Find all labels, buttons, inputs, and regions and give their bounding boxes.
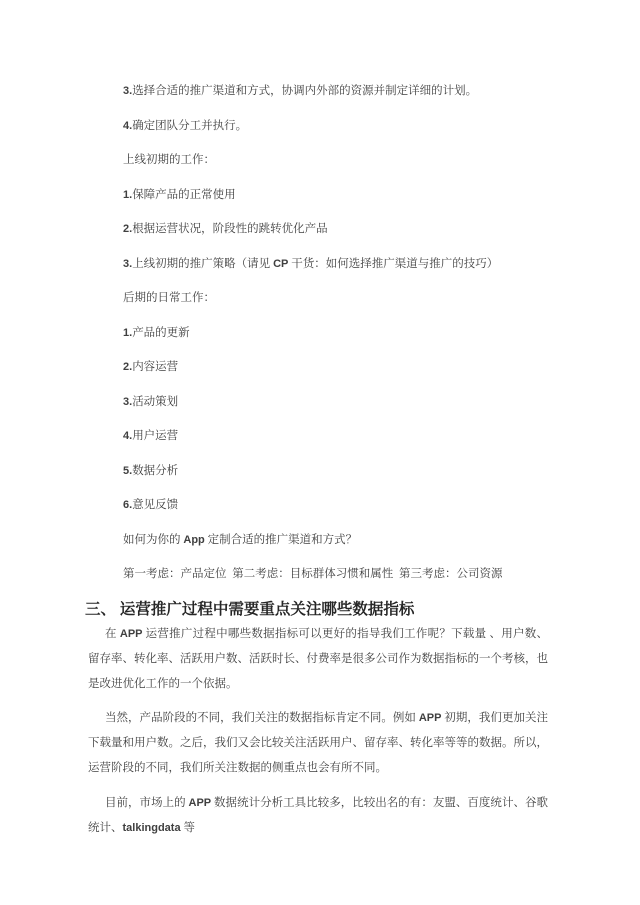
latin-text: 2.	[123, 361, 132, 373]
latin-text: talkingdata	[123, 822, 181, 834]
latin-text: 3.	[123, 396, 132, 408]
latin-text: 1.	[123, 327, 132, 339]
latin-text: 3.	[123, 258, 132, 270]
list-item: 6.意见反馈	[123, 493, 548, 518]
list-item: 后期的日常工作：	[123, 286, 548, 311]
latin-text: APP	[419, 712, 442, 724]
latin-text: APP	[120, 628, 143, 640]
body-paragraph: 当然，产品阶段的不同，我们关注的数据指标肯定不同。例如 APP 初期，我们更加关…	[88, 706, 548, 781]
latin-text: APP	[189, 797, 212, 809]
list-item: 2.内容运营	[123, 355, 548, 380]
latin-text: 1.	[123, 189, 132, 201]
latin-text: 4.	[123, 430, 132, 442]
list-item: 4.用户运营	[123, 424, 548, 449]
list-item: 上线初期的工作：	[123, 148, 548, 173]
latin-text: 2.	[123, 223, 132, 235]
latin-text: App	[183, 534, 204, 546]
section-heading: 三、 运营推广过程中需要重点关注哪些数据指标	[85, 597, 548, 622]
list-item: 2.根据运营状况，阶段性的跳转优化产品	[123, 217, 548, 242]
latin-text: 6.	[123, 499, 132, 511]
latin-text: 3.	[123, 85, 132, 97]
list-item: 3.上线初期的推广策略（请见 CP 干货：如何选择推广渠道与推广的技巧）	[123, 252, 548, 277]
list-item: 4.确定团队分工并执行。	[123, 114, 548, 139]
body-paragraph: 在 APP 运营推广过程中哪些数据指标可以更好的指导我们工作呢？下载量 、用户数…	[88, 622, 548, 697]
list-item: 如何为你的 App 定制合适的推广渠道和方式？	[123, 528, 548, 553]
document-page: 3.选择合适的推广渠道和方式，协调内外部的资源并制定详细的计划。 4.确定团队分…	[0, 0, 640, 905]
list-item: 5.数据分析	[123, 459, 548, 484]
list-item: 3.活动策划	[123, 390, 548, 415]
list-item: 3.选择合适的推广渠道和方式，协调内外部的资源并制定详细的计划。	[123, 79, 548, 104]
latin-text: CP	[273, 258, 288, 270]
latin-text: 4.	[123, 120, 132, 132]
list-item: 1.产品的更新	[123, 321, 548, 346]
latin-text: 5.	[123, 465, 132, 477]
body-paragraph: 目前，市场上的 APP 数据统计分析工具比较多，比较出名的有：友盟、百度统计、谷…	[88, 791, 548, 841]
list-item: 第一考虑：产品定位 第二考虑：目标群体习惯和属性 第三考虑：公司资源	[123, 562, 548, 587]
list-item: 1.保障产品的正常使用	[123, 183, 548, 208]
